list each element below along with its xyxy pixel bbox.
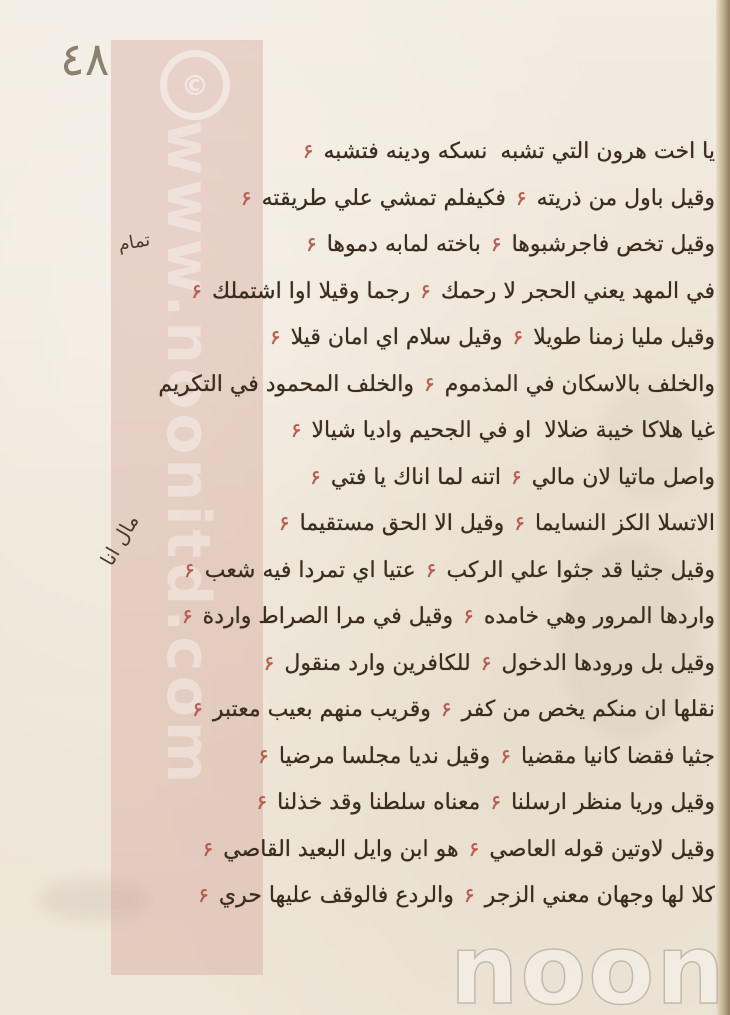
hemistich-2: للكافرين وارد منقول: [284, 651, 470, 676]
verse-marker-icon: ۶: [441, 697, 452, 721]
text-line: وقيل جثيا قد جثوا علي الركب ۶ عتيا اي تم…: [150, 547, 715, 594]
hemistich-1: وقيل مليا زمنا طويلا: [533, 325, 715, 350]
text-line: وقيل وريا منظر ارسلنا ۶ معناه سلطنا وقد …: [150, 779, 715, 826]
hemistich-1: وقيل تخص فاجرشبوها: [512, 232, 715, 257]
verse-end-marker-icon: ۶: [198, 883, 209, 907]
verse-marker-icon: ۶: [491, 232, 502, 256]
verse-end-marker-icon: ۶: [306, 232, 317, 256]
verse-end-marker-icon: ۶: [303, 139, 314, 163]
verse-marker-icon: ۶: [511, 465, 522, 489]
verse-marker-icon: ۶: [490, 790, 501, 814]
verse-end-marker-icon: ۶: [310, 465, 321, 489]
text-line: جثيا فقضا كانيا مقضيا ۶ وقيل نديا مجلسا …: [150, 733, 715, 780]
verse-end-marker-icon: ۶: [241, 186, 252, 210]
hemistich-2: وقيل في مرا الصراط واردة: [203, 604, 453, 629]
text-line: في المهد يعني الحجر لا رحمك ۶ رجما وقيلا…: [150, 268, 715, 315]
hemistich-1: نقلها ان منكم يخص من كفر: [462, 697, 715, 722]
text-line: والخلف بالاسكان في المذموم ۶ والخلف المح…: [150, 361, 715, 408]
verse-end-marker-icon: ۶: [192, 697, 203, 721]
text-line: وقيل تخص فاجرشبوها ۶ باخته لمابه دموها ۶: [150, 221, 715, 268]
verse-end-marker-icon: ۶: [182, 604, 193, 628]
hemistich-1: وقيل بل ورودها الدخول: [502, 651, 716, 676]
page-edge: [716, 0, 730, 1015]
verse-marker-icon: ۶: [463, 604, 474, 628]
hemistich-2: وقريب منهم بعيب معتبر: [213, 697, 431, 722]
hemistich-2: والخلف المحمود في التكريم: [158, 372, 414, 397]
text-line: غيا هلاكا خيبة ضلالا او في الجحيم واديا …: [150, 407, 715, 454]
hemistich-2: والردع فالوقف عليها حري: [219, 883, 454, 908]
verse-end-marker-icon: ۶: [270, 325, 281, 349]
hemistich-1: وقيل لاوتين قوله العاصي: [489, 837, 715, 862]
verse-end-marker-icon: ۶: [184, 558, 195, 582]
hemistich-2: هو ابن وايل البعيد القاصي: [223, 837, 458, 862]
verse-end-marker-icon: ۶: [264, 651, 275, 675]
hemistich-2: نسكه ودينه فتشبه: [324, 139, 488, 164]
copyright-icon: ©: [160, 50, 230, 120]
verse-marker-icon: ۶: [464, 883, 475, 907]
hemistich-1: كلا لها وجهان معني الزجر: [485, 883, 715, 908]
verse-marker-icon: ۶: [500, 744, 511, 768]
hemistich-2: باخته لمابه دموها: [327, 232, 481, 257]
text-line: كلا لها وجهان معني الزجر ۶ والردع فالوقف…: [150, 872, 715, 919]
verse-end-marker-icon: ۶: [291, 418, 302, 442]
text-line: نقلها ان منكم يخص من كفر ۶ وقريب منهم بع…: [150, 686, 715, 733]
verse-marker-icon: ۶: [469, 837, 480, 861]
hemistich-1: الاتسلا الكز النسايما: [535, 511, 715, 536]
hemistich-1: والخلف بالاسكان في المذموم: [445, 372, 715, 397]
verse-end-marker-icon: ۶: [258, 744, 269, 768]
text-line: وقيل بل ورودها الدخول ۶ للكافرين وارد من…: [150, 640, 715, 687]
hemistich-1: وقيل جثيا قد جثوا علي الركب: [446, 558, 715, 583]
hemistich-1: غيا هلاكا خيبة ضلالا: [544, 418, 715, 443]
manuscript-text-block: يا اخت هرون التي تشبه نسكه ودينه فتشبه ۶…: [150, 128, 715, 919]
verse-marker-icon: ۶: [420, 279, 431, 303]
verse-marker-icon: ۶: [426, 558, 437, 582]
hemistich-1: وقيل باول من ذريته: [537, 186, 715, 211]
hemistich-2: رجما وقيلا اوا اشتملك: [212, 279, 410, 304]
text-line: وقيل لاوتين قوله العاصي ۶ هو ابن وايل ال…: [150, 826, 715, 873]
verse-marker-icon: ۶: [481, 651, 492, 675]
text-line: الاتسلا الكز النسايما ۶ وقيل الا الحق مس…: [150, 500, 715, 547]
verse-end-marker-icon: ۶: [279, 511, 290, 535]
verse-marker-icon: ۶: [424, 372, 435, 396]
hemistich-2: وقيل الا الحق مستقيما: [300, 511, 505, 536]
hemistich-1: في المهد يعني الحجر لا رحمك: [441, 279, 715, 304]
manuscript-page: ٤٨ © www.noonitd.com تمام مال انا يا اخت…: [0, 0, 730, 1015]
hemistich-2: معناه سلطنا وقد خذلنا: [277, 790, 480, 815]
verse-marker-icon: ۶: [516, 186, 527, 210]
hemistich-1: يا اخت هرون التي تشبه: [500, 139, 715, 164]
hemistich-2: عتيا اي تمردا فيه شعب: [205, 558, 416, 583]
hemistich-1: وقيل وريا منظر ارسلنا: [511, 790, 715, 815]
hemistich-1: جثيا فقضا كانيا مقضيا: [521, 744, 715, 769]
text-line: واصل ماتيا لان مالي ۶ اتنه لما اناك يا ف…: [150, 454, 715, 501]
verse-marker-icon: ۶: [514, 511, 525, 535]
text-line: وقيل مليا زمنا طويلا ۶ وقيل سلام اي امان…: [150, 314, 715, 361]
hemistich-2: اتنه لما اناك يا فتي: [331, 465, 501, 490]
text-line: واردها المرور وهي خامده ۶ وقيل في مرا ال…: [150, 593, 715, 640]
hemistich-2: فكيفلم تمشي علي طريقته: [262, 186, 506, 211]
watermark-brand: nooni: [450, 930, 730, 1010]
verse-marker-icon: ۶: [513, 325, 524, 349]
hemistich-2: وقيل سلام اي امان قيلا: [291, 325, 503, 350]
hemistich-2: او في الجحيم واديا شيالا: [311, 418, 531, 443]
verse-end-marker-icon: ۶: [256, 790, 267, 814]
folio-number: ٤٨: [60, 32, 109, 86]
verse-end-marker-icon: ۶: [202, 837, 213, 861]
hemistich-1: واصل ماتيا لان مالي: [532, 465, 715, 490]
hemistich-2: وقيل نديا مجلسا مرضيا: [279, 744, 490, 769]
verse-end-marker-icon: ۶: [191, 279, 202, 303]
text-line: يا اخت هرون التي تشبه نسكه ودينه فتشبه ۶: [150, 128, 715, 175]
text-line: وقيل باول من ذريته ۶ فكيفلم تمشي علي طري…: [150, 175, 715, 222]
hemistich-1: واردها المرور وهي خامده: [484, 604, 715, 629]
